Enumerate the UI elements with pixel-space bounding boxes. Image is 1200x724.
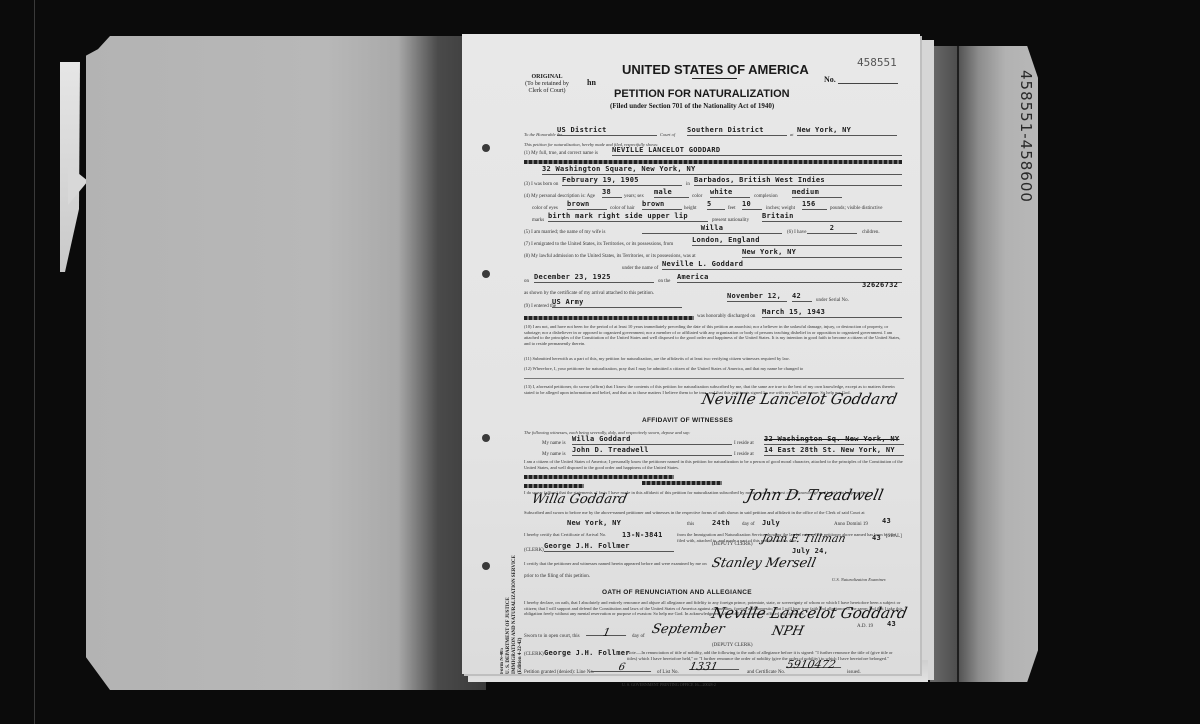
punch-hole-icon [482, 434, 490, 442]
born-label: (3) I was born on [524, 182, 558, 187]
under-name-label: under the name of [622, 266, 658, 271]
oath-year: 43 [887, 620, 896, 628]
witness-2-signature: John D. Treadwell [745, 486, 885, 504]
line-number: 6 [591, 662, 653, 672]
original-label: ORIGINAL (To be retained by Clerk of Cou… [522, 74, 572, 95]
birth-place-value: Barbados, British West Indies [694, 176, 902, 186]
anno-domini-label: Anno Domini 19 [834, 522, 868, 527]
issued-label: issued. [847, 670, 861, 675]
examiner-signature: Stanley Mersell [710, 556, 817, 571]
height-inches-value: 10 [742, 200, 762, 210]
punch-hole-icon [482, 270, 490, 278]
admission-name-value: Neville L. Goddard [662, 260, 902, 270]
petitioner-signature: Neville Lancelot Goddard [700, 390, 899, 408]
film-edge-line [34, 0, 35, 724]
serial-label: under Serial No. [816, 298, 849, 303]
oath-clerk-name: George J.H. Follmer [544, 649, 630, 657]
subscribed-place: New York, NY [567, 519, 621, 527]
eyes-label: color of eyes [532, 206, 558, 211]
witness-2-name: John D. Treadwell [572, 446, 732, 456]
certificate-note: as shown by the certificate of my arriva… [524, 291, 654, 296]
witness-1-name-label: My name is [542, 441, 566, 446]
emigrated-from-value: London, England [692, 236, 902, 246]
folder-spine [957, 46, 959, 682]
list-number: 1331 [689, 660, 741, 670]
height-feet-value: 5 [707, 200, 725, 210]
entered-year-value: 42 [792, 292, 812, 302]
eyes-value: brown [567, 200, 607, 210]
number-line [838, 83, 898, 84]
witness-1-name: Willa Goddard [572, 435, 732, 445]
certificate-number: 5910472 [786, 658, 843, 668]
oath-clerk-label: (CLERK) [524, 652, 544, 657]
court-of-label: Court of [660, 132, 675, 137]
discharged-date-value: March 15, 1943 [762, 308, 902, 318]
witness-1-reside-label: I reside at [734, 441, 754, 446]
number-label: No. [824, 75, 836, 84]
birth-date-value: February 19, 1905 [562, 176, 682, 186]
court-location: New York, NY [797, 126, 897, 136]
struck-out-line [524, 475, 674, 479]
height-label: height [684, 206, 697, 211]
paragraph-10: (10) I am not, and have not been for the… [524, 324, 904, 346]
description-label: (4) My personal description is: Age [524, 194, 595, 199]
subscribed-month: July [762, 519, 780, 527]
oath-heading: OATH OF RENUNCIATION AND ALLEGIANCE [602, 589, 752, 596]
service-name: IMMIGRATION AND NATURALIZATION SERVICE [512, 555, 517, 674]
marks-value: birth mark right side upper lip [548, 212, 708, 222]
original-note: (To be retained by Clerk of Court) [522, 81, 572, 95]
feet-label: feet [728, 206, 736, 211]
paragraph-12: (12) Wherefore, I, your petitioner for n… [524, 366, 904, 372]
children-value: 2 [807, 224, 857, 234]
certificate-label: and Certificate No. [747, 670, 785, 675]
subscribed-year: 43 [882, 517, 891, 525]
name-change-line [524, 378, 904, 379]
oath-month: September [650, 622, 726, 637]
deputy-clerk-label: (DEPUTY CLERK) [712, 542, 753, 547]
nationality-label: present nationality [712, 218, 749, 223]
witness-1-signature: Willa Goddard [530, 492, 628, 507]
sex-value: male [654, 188, 689, 198]
initials: hn [587, 78, 596, 87]
punch-hole-icon [482, 144, 490, 152]
department-name: U. S. DEPARTMENT OF JUSTICE [506, 597, 511, 674]
court-at-label: at [790, 132, 794, 137]
witness-2-name-label: My name is [542, 452, 566, 457]
discharged-label: was honorably discharged on [697, 314, 755, 319]
witness-2-reside-label: I reside at [734, 452, 754, 457]
examined-date: July 24, [792, 547, 828, 555]
hair-label: color of hair [610, 206, 635, 211]
form-number: Form N-405 [500, 648, 505, 674]
original-title: ORIGINAL [522, 74, 572, 81]
subscribed-day-of-label: day of [742, 522, 755, 527]
emigrated-label: (7) I emigrated to the United States, it… [524, 242, 673, 247]
witness-2-address: 14 East 28th St. New York, NY [764, 446, 904, 456]
deputy-clerk-signature: John F. Tillman [761, 532, 847, 545]
prior-label: prior to the filing of this petition. [524, 574, 590, 579]
inches-label: inches; weight [766, 206, 795, 211]
children-suffix: children. [862, 230, 880, 235]
form-edition: (Edition 4-22-42) [518, 638, 523, 674]
children-label: (6) I have [787, 230, 806, 235]
struck-out-line [642, 481, 722, 485]
full-name-value: NEVILLE LANCELOT GODDARD [612, 146, 902, 156]
admission-label: (8) My lawful admission to the United St… [524, 254, 696, 259]
married-label: (5) I am married; the name of my wife is [524, 230, 606, 235]
service-value: US Army [552, 298, 682, 308]
complexion-label: complexion [754, 194, 778, 199]
title-rule [692, 78, 737, 79]
oath-deputy-label: (DEPUTY CLERK) [712, 643, 753, 648]
sworn-label: Sworn to in open court, this [524, 634, 580, 639]
hair-value: brown [642, 200, 682, 210]
struck-out-line [524, 484, 584, 488]
color-label: color [692, 194, 702, 199]
list-label: of List No. [657, 670, 679, 675]
serial-number-value: 32626732 [862, 281, 898, 289]
document-subtitle: (Filed under Section 701 of the National… [610, 102, 774, 110]
country-heading: UNITED STATES OF AMERICA [622, 62, 809, 77]
subscribed-text: Subscribed and sworn to before me by the… [524, 510, 904, 516]
full-name-label: (1) My full, true, and correct name is [524, 151, 598, 156]
examined-text: I certify that the petitioner and witnes… [524, 561, 724, 567]
age-value: 38 [602, 188, 622, 198]
oath-day: 1 [586, 626, 628, 636]
struck-out-line [524, 316, 694, 320]
birth-in-label: in [686, 182, 690, 187]
marks-label: marks [532, 218, 544, 223]
granted-label: Petition granted (denied): Line No. [524, 670, 594, 675]
admission-date-value: December 23, 1925 [534, 273, 654, 283]
folder-number-range: 458551-458600 [1005, 70, 1035, 210]
oath-note: Note.—In renunciation of title of nobili… [627, 650, 902, 661]
oath-day-of-label: day of [632, 634, 645, 639]
nationality-value: Britain [762, 212, 902, 222]
admission-place-value: New York, NY [742, 248, 902, 258]
color-value: white [710, 188, 750, 198]
court-name: US District [557, 126, 657, 136]
complexion-value: medium [792, 188, 842, 198]
witness-1-address: 32 Washington Sq. New York, NY [764, 435, 904, 445]
petition-document: ORIGINAL (To be retained by Clerk of Cou… [462, 34, 920, 674]
stamp-number: 458551 [857, 56, 897, 69]
on-label: on [524, 279, 529, 284]
spouse-value: Willa [642, 224, 782, 234]
paragraph-11: (11) Submitted herewith as a part of thi… [524, 356, 904, 362]
affidavit-heading: AFFIDAVIT OF WITNESSES [642, 417, 733, 424]
printing-office-line: U. S. GOVERNMENT PRINTING OFFICE 16—2002… [622, 682, 716, 687]
court-district: Southern District [687, 126, 787, 136]
seal-year: 43 [872, 534, 881, 542]
arrival-certificate-number: 13-N-3841 [622, 531, 663, 539]
oath-ad-label: A.D. 19 [857, 624, 873, 629]
oath-deputy-initials: NPH [770, 624, 805, 639]
folder-cover-left [86, 36, 486, 690]
sex-label: years; sex [624, 194, 644, 199]
punch-hole-icon [482, 562, 490, 570]
struck-out-line [524, 160, 902, 164]
form-side-label: Form N-405 U. S. DEPARTMENT OF JUSTICE I… [500, 534, 524, 674]
vessel-label: on the [658, 279, 670, 284]
subscribed-this-label: this [687, 522, 694, 527]
clerk-name: George J.H. Follmer [544, 542, 674, 552]
seal-label: [SEAL] [886, 534, 902, 539]
subscribed-day: 24th [712, 519, 730, 527]
document-title: PETITION FOR NATURALIZATION [614, 88, 790, 100]
oath-signature: Neville Lancelot Goddard [710, 604, 909, 622]
examiner-label: U.S. Naturalization Examiner. [832, 577, 886, 582]
entered-date-value: November 12, [727, 292, 787, 302]
clerk-label: (CLERK) [524, 548, 544, 553]
witness-citizen-text: I am a citizen of the United States of A… [524, 459, 904, 470]
pounds-label: pounds; visible distinctive [830, 206, 883, 211]
residence-value: 32 Washington Square, New York, NY [542, 165, 902, 175]
weight-value: 156 [802, 200, 827, 210]
